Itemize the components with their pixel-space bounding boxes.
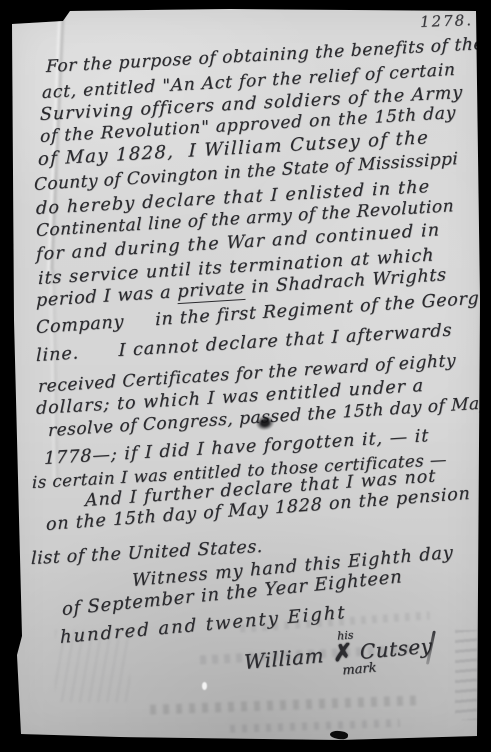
document-page: 1278. For the purpose of obtaining the b…: [0, 0, 491, 752]
his-label: his: [337, 629, 354, 641]
bleed-through-marks: [230, 719, 400, 733]
paper-flaw-spot: [202, 682, 207, 690]
underlined-word-private: private: [177, 278, 245, 304]
bleed-through-marks: [55, 630, 130, 702]
bleed-through-marks: [150, 695, 420, 714]
ink-blot: [330, 730, 349, 740]
ink-blot: [255, 415, 275, 432]
scanned-document-viewer: 1278. For the purpose of obtaining the b…: [0, 0, 491, 752]
mark-label: mark: [342, 662, 376, 678]
page-number: 1278.: [420, 11, 474, 31]
bleed-through-marks: [455, 630, 477, 720]
